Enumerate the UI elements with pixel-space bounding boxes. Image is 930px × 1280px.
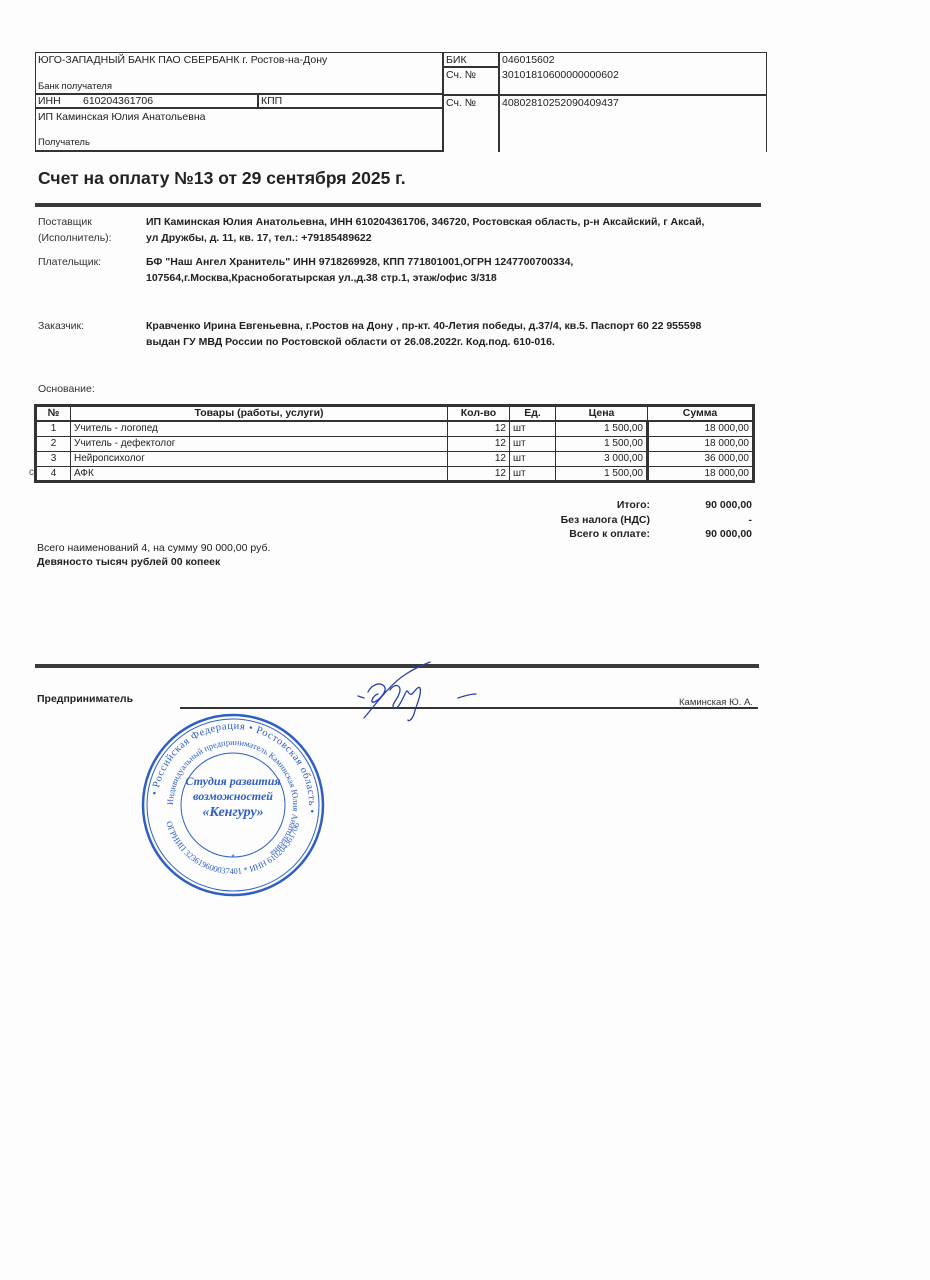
payer-value: БФ "Наш Ангел Хранитель" ИНН 9718269928,… (146, 254, 706, 286)
svg-text:ОГРНИП 323619600037401 * ИНН 6: ОГРНИП 323619600037401 * ИНН 61020436170… (164, 820, 301, 876)
bank-requisites-block: ЮГО-ЗАПАДНЫЙ БАНК ПАО СБЕРБАНК г. Ростов… (35, 52, 767, 152)
supplier-value: ИП Каминская Юлия Анатольевна, ИНН 61020… (146, 214, 706, 246)
row-unit: шт (510, 436, 556, 451)
corr-account-value: 30101810600000000602 (502, 69, 619, 81)
row-price: 1 500,00 (556, 466, 648, 481)
col-sum: Сумма (648, 406, 754, 422)
row-sum: 36 000,00 (648, 451, 754, 466)
table-header-row: № Товары (работы, услуги) Кол-во Ед. Цен… (36, 406, 754, 422)
row-unit: шт (510, 466, 556, 481)
row-name: Нейропсихолог (71, 451, 448, 466)
divider (442, 66, 499, 68)
row-num: 2 (36, 436, 71, 451)
divider (35, 107, 443, 109)
divider (257, 93, 259, 108)
table-row: 2Учитель - дефектолог12шт1 500,0018 000,… (36, 436, 754, 451)
bik-value: 046015602 (502, 54, 555, 66)
due-row: Всего к оплате: 90 000,00 (480, 527, 752, 542)
vat-label: Без налога (НДС) (480, 513, 650, 528)
supplier-label-line2: (Исполнитель): (38, 230, 143, 246)
customer-row: Заказчик: Кравченко Ирина Евгеньевна, г.… (38, 318, 738, 352)
row-name: Учитель - логопед (71, 421, 448, 436)
supplier-label-line1: Поставщик (38, 214, 143, 230)
inn-label: ИНН (38, 95, 61, 107)
payer-row: Плательщик: БФ "Наш Ангел Хранитель" ИНН… (38, 254, 738, 288)
row-sum: 18 000,00 (648, 436, 754, 451)
summary-block: Всего наименований 4, на сумму 90 000,00… (37, 541, 270, 569)
col-qty: Кол-во (448, 406, 510, 422)
table-row: 4АФК12шт1 500,0018 000,00 (36, 466, 754, 481)
row-qty: 12 (448, 466, 510, 481)
amount-in-words: Девяносто тысяч рублей 00 копеек (37, 555, 270, 569)
stamp-center-text: Студия развития возможностей «Кенгуру» (140, 774, 326, 822)
account-value: 40802810252090409437 (502, 97, 619, 109)
payer-label: Плательщик: (38, 254, 143, 270)
col-num: № (36, 406, 71, 422)
signer-name: Каминская Ю. А. (679, 697, 753, 708)
row-unit: шт (510, 421, 556, 436)
recipient-name: ИП Каминская Юлия Анатольевна (38, 111, 205, 123)
handwritten-signature-icon (350, 660, 490, 730)
col-unit: Ед. (510, 406, 556, 422)
table-row: 1Учитель - логопед12шт1 500,0018 000,00 (36, 421, 754, 436)
row-sum: 18 000,00 (648, 466, 754, 481)
bik-label: БИК (446, 54, 467, 66)
account-label: Сч. № (446, 97, 476, 109)
kpp-label: КПП (261, 95, 282, 107)
bank-name: ЮГО-ЗАПАДНЫЙ БАНК ПАО СБЕРБАНК г. Ростов… (38, 54, 327, 66)
total-row: Итого: 90 000,00 (480, 498, 752, 513)
row-qty: 12 (448, 436, 510, 451)
row-price: 3 000,00 (556, 451, 648, 466)
signer-role: Предприниматель (37, 693, 133, 705)
basis-label: Основание: (38, 383, 95, 395)
stray-mark: с (29, 467, 34, 478)
customer-value: Кравченко Ирина Евгеньевна, г.Ростов на … (146, 318, 706, 350)
total-label: Итого: (480, 498, 650, 513)
items-table: № Товары (работы, услуги) Кол-во Ед. Цен… (34, 404, 755, 483)
col-price: Цена (556, 406, 648, 422)
total-value: 90 000,00 (650, 498, 752, 513)
supplier-row: Поставщик (Исполнитель): ИП Каминская Юл… (38, 214, 738, 248)
customer-label: Заказчик: (38, 318, 143, 334)
row-qty: 12 (448, 451, 510, 466)
row-num: 4 (36, 466, 71, 481)
recipient-label: Получатель (38, 137, 90, 148)
row-name: АФК (71, 466, 448, 481)
stamp-line-3: «Кенгуру» (140, 804, 326, 822)
divider (35, 150, 443, 152)
due-label: Всего к оплате: (480, 527, 650, 542)
corr-account-label: Сч. № (446, 69, 476, 81)
stamp-bottom-text: ОГРНИП 323619600037401 * ИНН 61020436170… (164, 820, 301, 876)
row-price: 1 500,00 (556, 421, 648, 436)
table-row: 3Нейропсихолог12шт3 000,0036 000,00 (36, 451, 754, 466)
due-value: 90 000,00 (650, 527, 752, 542)
row-num: 1 (36, 421, 71, 436)
supplier-label: Поставщик (Исполнитель): (38, 214, 143, 246)
row-sum: 18 000,00 (648, 421, 754, 436)
items-body: 1Учитель - логопед12шт1 500,0018 000,002… (36, 421, 754, 481)
bank-label: Банк получателя (38, 81, 112, 92)
col-name: Товары (работы, услуги) (71, 406, 448, 422)
row-qty: 12 (448, 421, 510, 436)
stamp-line-1: Студия развития (140, 774, 326, 789)
svg-text:*: * (231, 853, 234, 862)
row-name: Учитель - дефектолог (71, 436, 448, 451)
row-price: 1 500,00 (556, 436, 648, 451)
company-stamp: • Российская Федерация • Ростовская обла… (140, 712, 326, 898)
stamp-line-2: возможностей (140, 789, 326, 804)
vat-row: Без налога (НДС) - (480, 513, 752, 528)
row-num: 3 (36, 451, 71, 466)
items-count-line: Всего наименований 4, на сумму 90 000,00… (37, 541, 270, 555)
title-rule (35, 203, 761, 207)
inn-value: 610204361706 (83, 95, 153, 107)
row-unit: шт (510, 451, 556, 466)
totals-block: Итого: 90 000,00 Без налога (НДС) - Всег… (480, 498, 752, 542)
divider (442, 94, 767, 96)
vat-value: - (650, 513, 752, 528)
invoice-title: Счет на оплату №13 от 29 сентября 2025 г… (38, 168, 406, 189)
